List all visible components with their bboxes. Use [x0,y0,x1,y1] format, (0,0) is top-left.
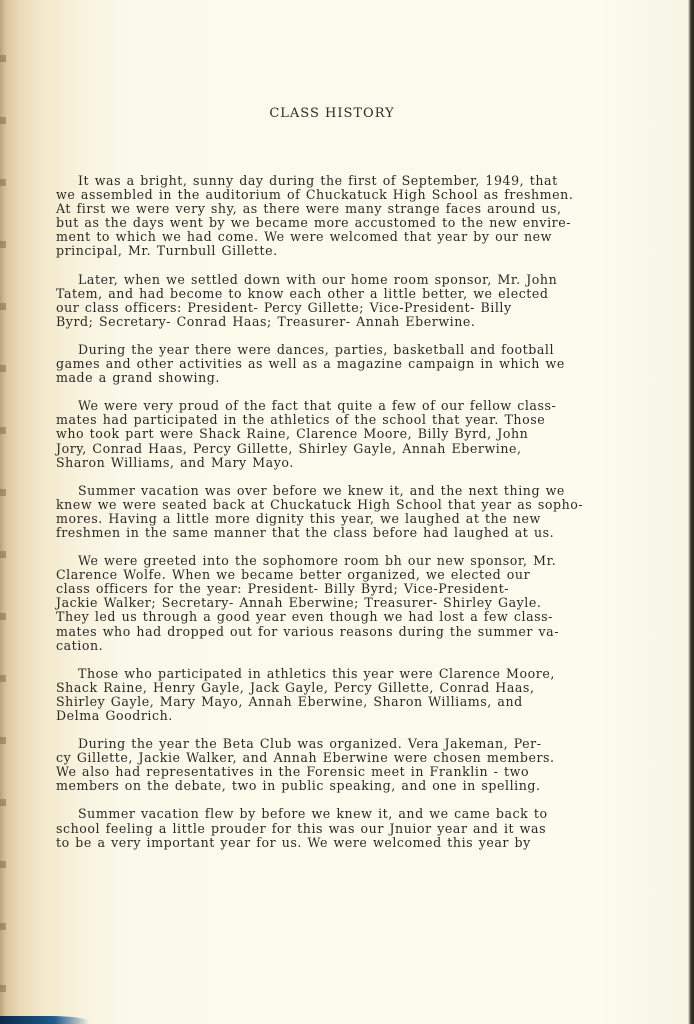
text-line: Tatem, and had become to know each other… [56,287,640,301]
text-line: It was a bright, sunny day during the fi… [56,174,640,188]
text-line: Shirley Gayle, Mary Mayo, Annah Eberwine… [56,695,640,709]
text-line: We were greeted into the sophomore room … [56,554,640,568]
text-line: During the year there were dances, parti… [56,343,640,357]
text-line: Later, when we settled down with our hom… [56,273,640,287]
text-line: Summer vacation flew by before we knew i… [56,807,640,821]
text-line: school feeling a little prouder for this… [56,822,640,836]
paragraph: We were very proud of the fact that quit… [56,399,640,469]
text-line: our class officers: President- Percy Gil… [56,301,640,315]
text-line: members on the debate, two in public spe… [56,779,640,793]
paragraph: Later, when we settled down with our hom… [56,273,640,329]
text-line: principal, Mr. Turnbull Gillette. [56,244,640,258]
paragraph: Those who participated in athletics this… [56,667,640,723]
text-line: Those who participated in athletics this… [56,667,640,681]
text-line: class officers for the year: President- … [56,582,640,596]
text-line: mates who had dropped out for various re… [56,625,640,639]
text-line: freshmen in the same manner that the cla… [56,526,640,540]
text-line: mores. Having a little more dignity this… [56,512,640,526]
page-title: CLASS HISTORY [0,106,664,121]
text-line: We also had representatives in the Foren… [56,765,640,779]
text-line: we assembled in the auditorium of Chucka… [56,188,640,202]
paragraph: During the year there were dances, parti… [56,343,640,385]
text-line: Clarence Wolfe. When we became better or… [56,568,640,582]
paragraph: We were greeted into the sophomore room … [56,554,640,653]
page-corner-shadow [0,1016,90,1024]
text-line: but as the days went by we became more a… [56,216,640,230]
text-line: games and other activities as well as a … [56,357,640,371]
text-line: We were very proud of the fact that quit… [56,399,640,413]
text-line: made a grand showing. [56,371,640,385]
scanned-page: CLASS HISTORY It was a bright, sunny day… [0,0,694,1024]
text-line: to be a very important year for us. We w… [56,836,640,850]
text-line: Summer vacation was over before we knew … [56,484,640,498]
paragraph: It was a bright, sunny day during the fi… [56,174,640,259]
text-line: Delma Goodrich. [56,709,640,723]
paragraph: Summer vacation was over before we knew … [56,484,640,540]
text-line: ment to which we had come. We were welco… [56,230,640,244]
text-line: Jackie Walker; Secretary- Annah Eberwine… [56,596,640,610]
text-line: who took part were Shack Raine, Clarence… [56,427,640,441]
text-line: Byrd; Secretary- Conrad Haas; Treasurer-… [56,315,640,329]
text-line: cation. [56,639,640,653]
text-line: knew we were seated back at Chuckatuck H… [56,498,640,512]
text-line: Jory, Conrad Haas, Percy Gillette, Shirl… [56,442,640,456]
text-line: At first we were very shy, as there were… [56,202,640,216]
paragraph: Summer vacation flew by before we knew i… [56,807,640,849]
text-line: During the year the Beta Club was organi… [56,737,640,751]
paragraph: During the year the Beta Club was organi… [56,737,640,793]
document-body: It was a bright, sunny day during the fi… [56,174,640,864]
text-line: Sharon Williams, and Mary Mayo. [56,456,640,470]
text-line: They led us through a good year even tho… [56,610,640,624]
text-line: mates had participated in the athletics … [56,413,640,427]
text-line: cy Gillette, Jackie Walker, and Annah Eb… [56,751,640,765]
binding-edge [0,0,6,1024]
text-line: Shack Raine, Henry Gayle, Jack Gayle, Pe… [56,681,640,695]
